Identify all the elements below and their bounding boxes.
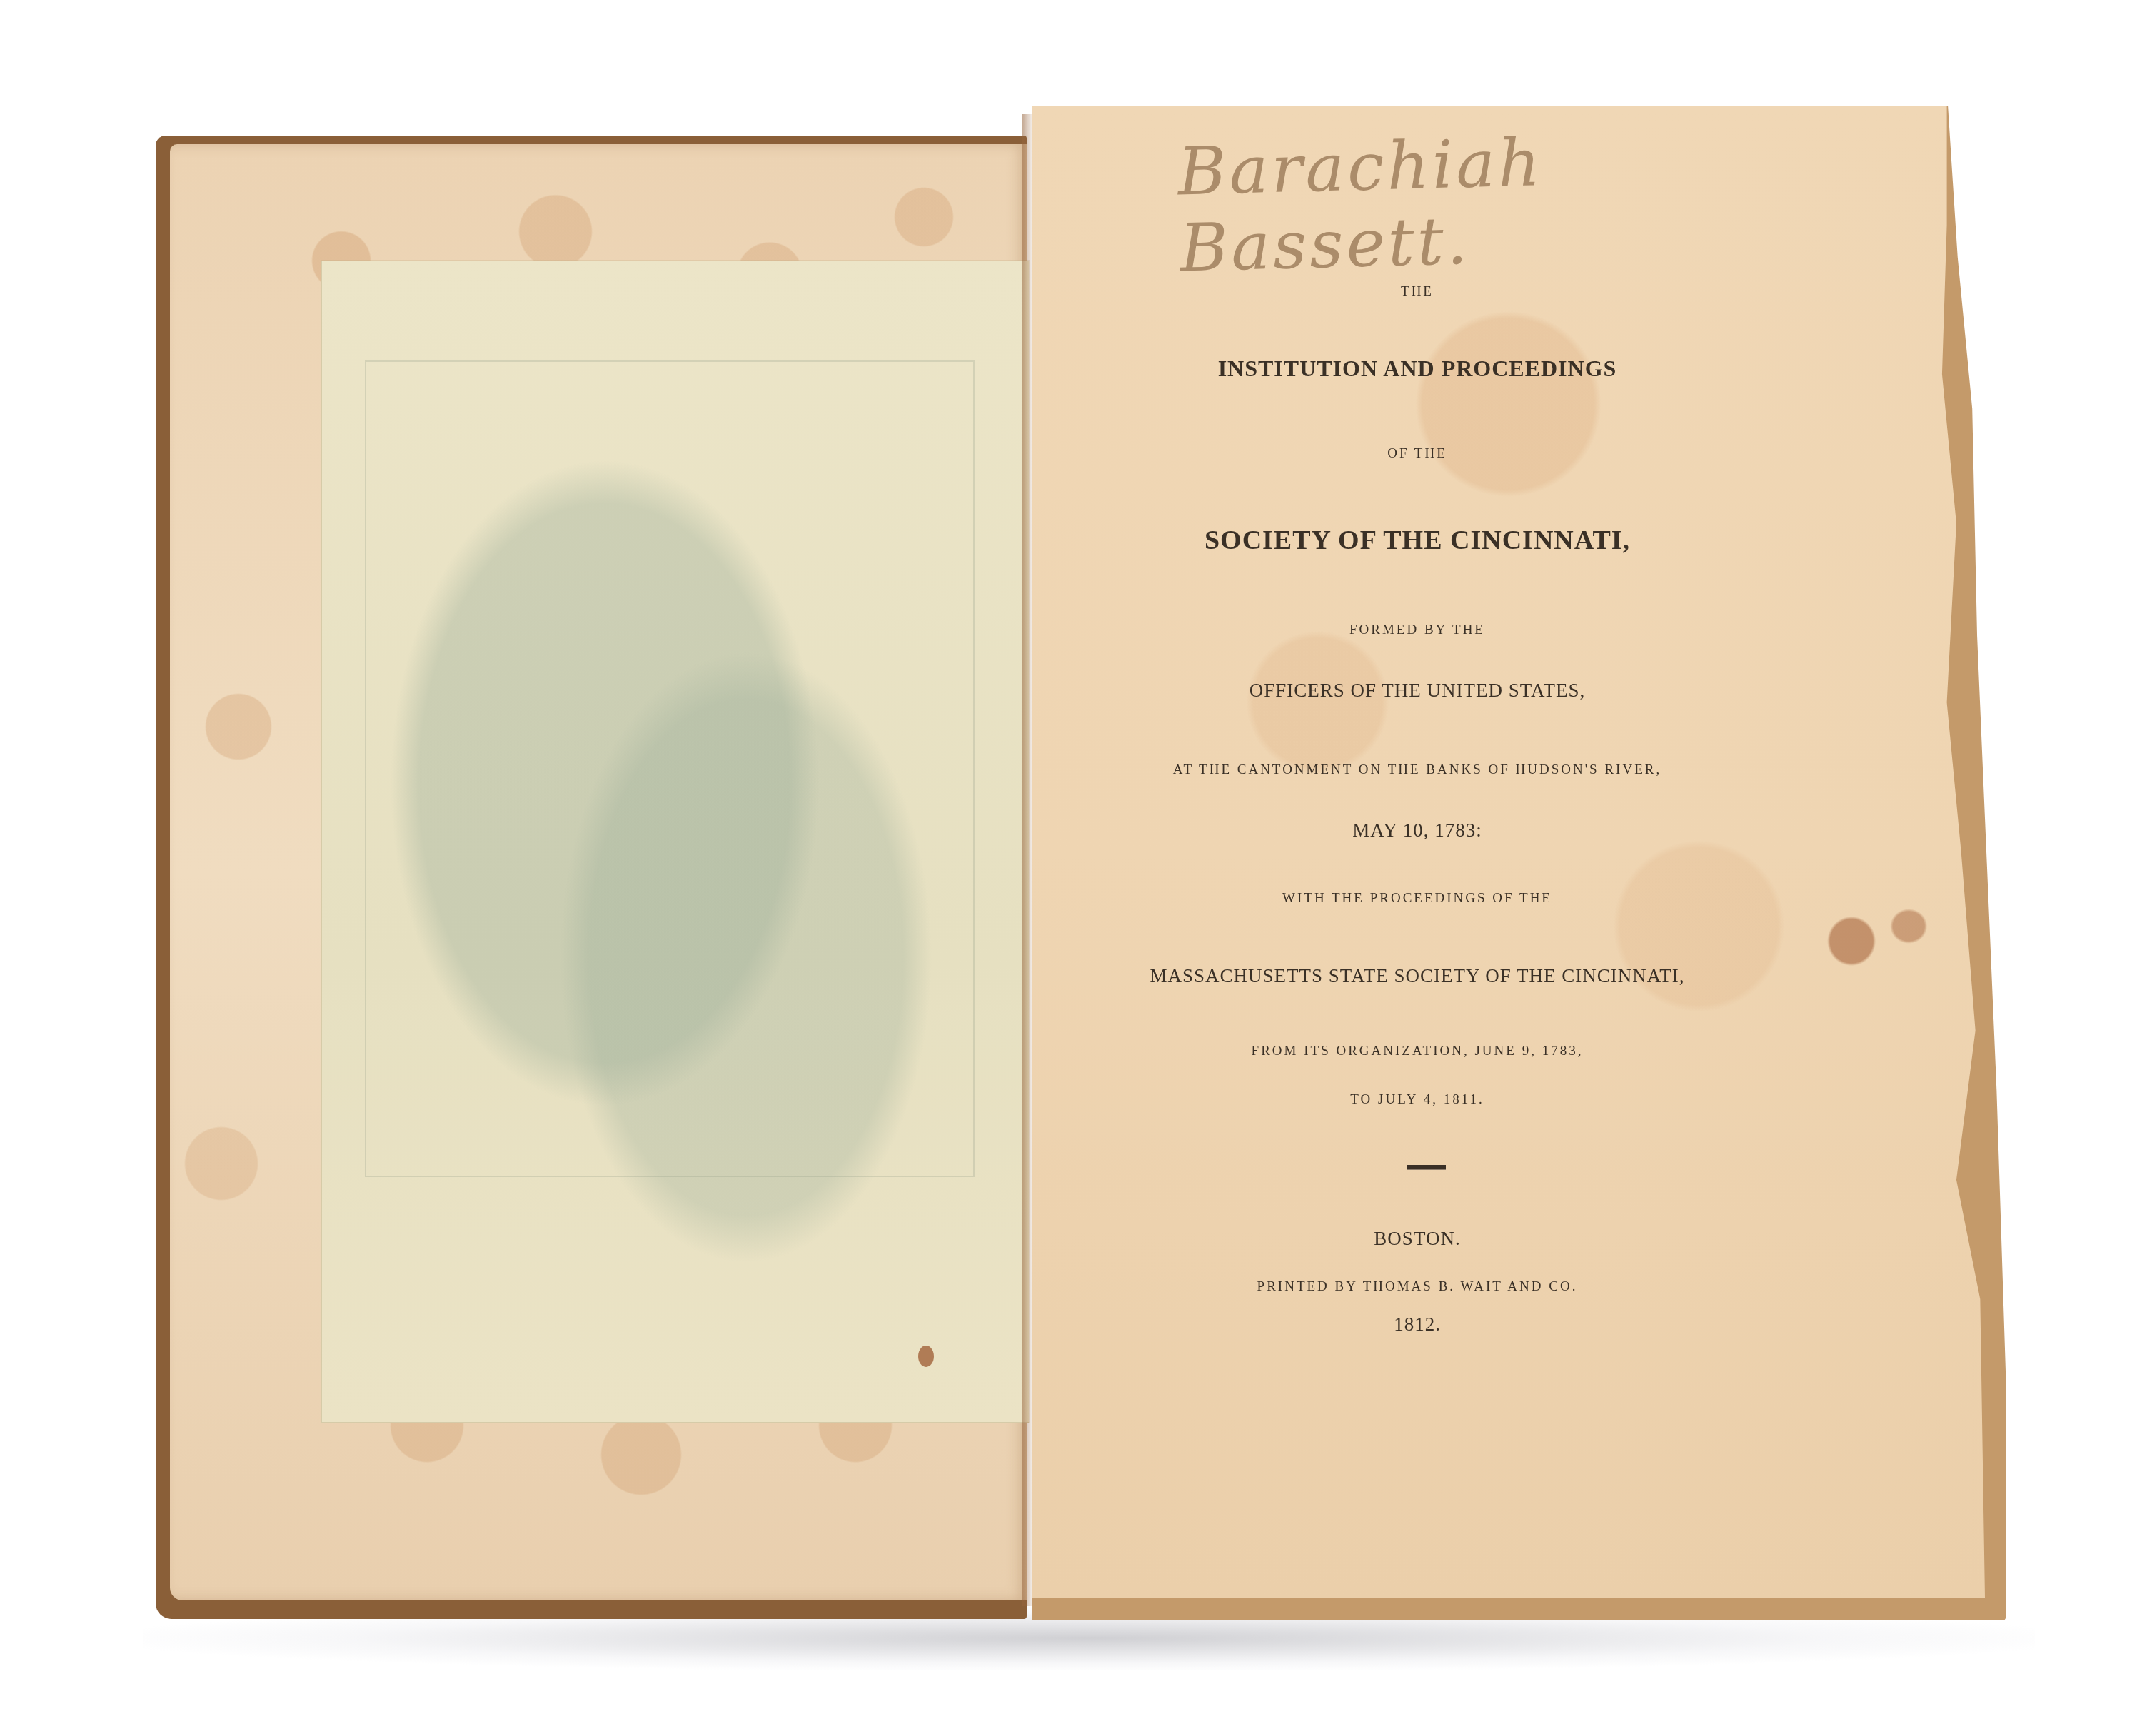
engraving-show-through xyxy=(365,360,975,1177)
imprint-year: 1812. xyxy=(1032,1313,1803,1336)
title-line-with-proceedings: WITH THE PROCEEDINGS OF THE xyxy=(1032,891,1803,907)
title-line-date: MAY 10, 1783: xyxy=(1032,819,1803,842)
decorative-rule xyxy=(1407,1165,1446,1170)
title-line-from-organization: FROM ITS ORGANIZATION, JUNE 9, 1783, xyxy=(1032,1044,1803,1059)
right-title-page xyxy=(1032,106,1985,1598)
title-line-formed-by: FORMED BY THE xyxy=(1032,622,1803,638)
imprint-place: BOSTON. xyxy=(1032,1228,1803,1250)
title-line-cantonment: AT THE CANTONMENT ON THE BANKS OF HUDSON… xyxy=(1032,762,1803,778)
title-line-institution: INSTITUTION AND PROCEEDINGS xyxy=(1032,355,1803,382)
title-line-the: THE xyxy=(1032,284,1803,300)
title-line-to-july: TO JULY 4, 1811. xyxy=(1032,1092,1803,1108)
title-line-officers: OFFICERS OF THE UNITED STATES, xyxy=(1032,680,1803,702)
tissue-guard xyxy=(321,261,1029,1423)
book-spine-gutter xyxy=(1022,114,1032,1606)
title-line-society: SOCIETY OF THE CINCINNATI, xyxy=(1032,525,1803,556)
imprint-printer: PRINTED BY THOMAS B. WAIT AND CO. xyxy=(1032,1279,1803,1295)
owner-signature: Barachiah Bassett. xyxy=(1177,116,1857,234)
title-line-of-the: OF THE xyxy=(1032,446,1803,462)
title-line-massachusetts: MASSACHUSETTS STATE SOCIETY OF THE CINCI… xyxy=(1032,965,1803,987)
foxing-stain xyxy=(918,1346,934,1367)
